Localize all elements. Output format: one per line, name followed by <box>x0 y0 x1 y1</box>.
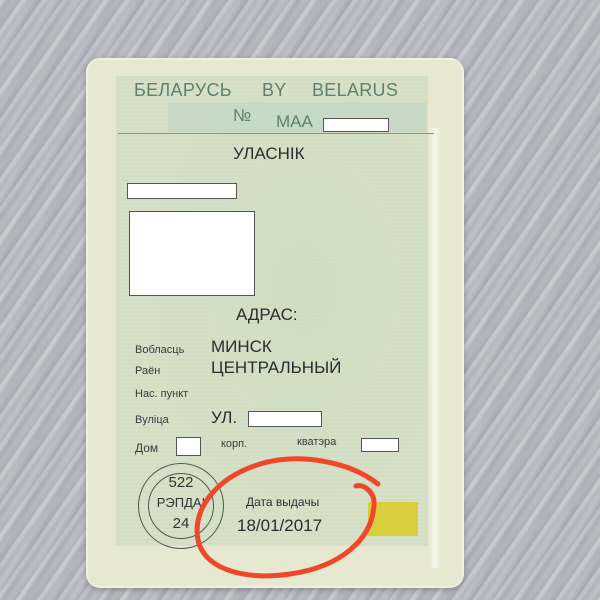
hologram-sticker <box>368 502 418 536</box>
registration-stamp: 522 РЭПДАІ 24 <box>138 463 224 549</box>
number-label: № <box>233 106 251 126</box>
country-name-en: BELARUS <box>312 80 398 101</box>
label-street: Вуліца <box>135 414 169 426</box>
country-name-by: БЕЛАРУСЬ <box>134 80 232 101</box>
issue-date-label: Дата выдачы <box>246 495 319 509</box>
stamp-code: 522 <box>139 474 223 491</box>
label-locality: Нас. пункт <box>135 388 188 400</box>
country-code: BY <box>262 80 287 101</box>
redacted-owner-details <box>129 211 255 296</box>
label-district: Раён <box>135 365 160 377</box>
header-divider <box>118 133 434 134</box>
address-title: АДРАС: <box>236 305 298 325</box>
value-region: МИНСК <box>211 337 272 357</box>
redacted-owner-name <box>127 183 237 199</box>
redacted-street-name <box>248 411 322 427</box>
issue-date-value: 18/01/2017 <box>237 516 322 536</box>
redacted-house-number <box>176 437 201 456</box>
stamp-number: 24 <box>139 515 223 532</box>
label-apartment: кватэра <box>297 436 336 448</box>
document-series: МАА <box>276 112 313 132</box>
value-street-prefix: УЛ. <box>211 408 237 428</box>
redacted-apartment-number <box>361 438 399 452</box>
lamination-glare <box>428 128 442 568</box>
label-building: корп. <box>221 438 247 450</box>
label-house: Дом <box>135 441 158 455</box>
value-district: ЦЕНТРАЛЬНЫЙ <box>211 358 341 378</box>
redacted-document-number <box>323 118 389 132</box>
stamp-authority: РЭПДАІ <box>139 495 223 510</box>
label-region: Вобласць <box>135 344 184 356</box>
owner-title: УЛАСНІК <box>233 144 305 164</box>
